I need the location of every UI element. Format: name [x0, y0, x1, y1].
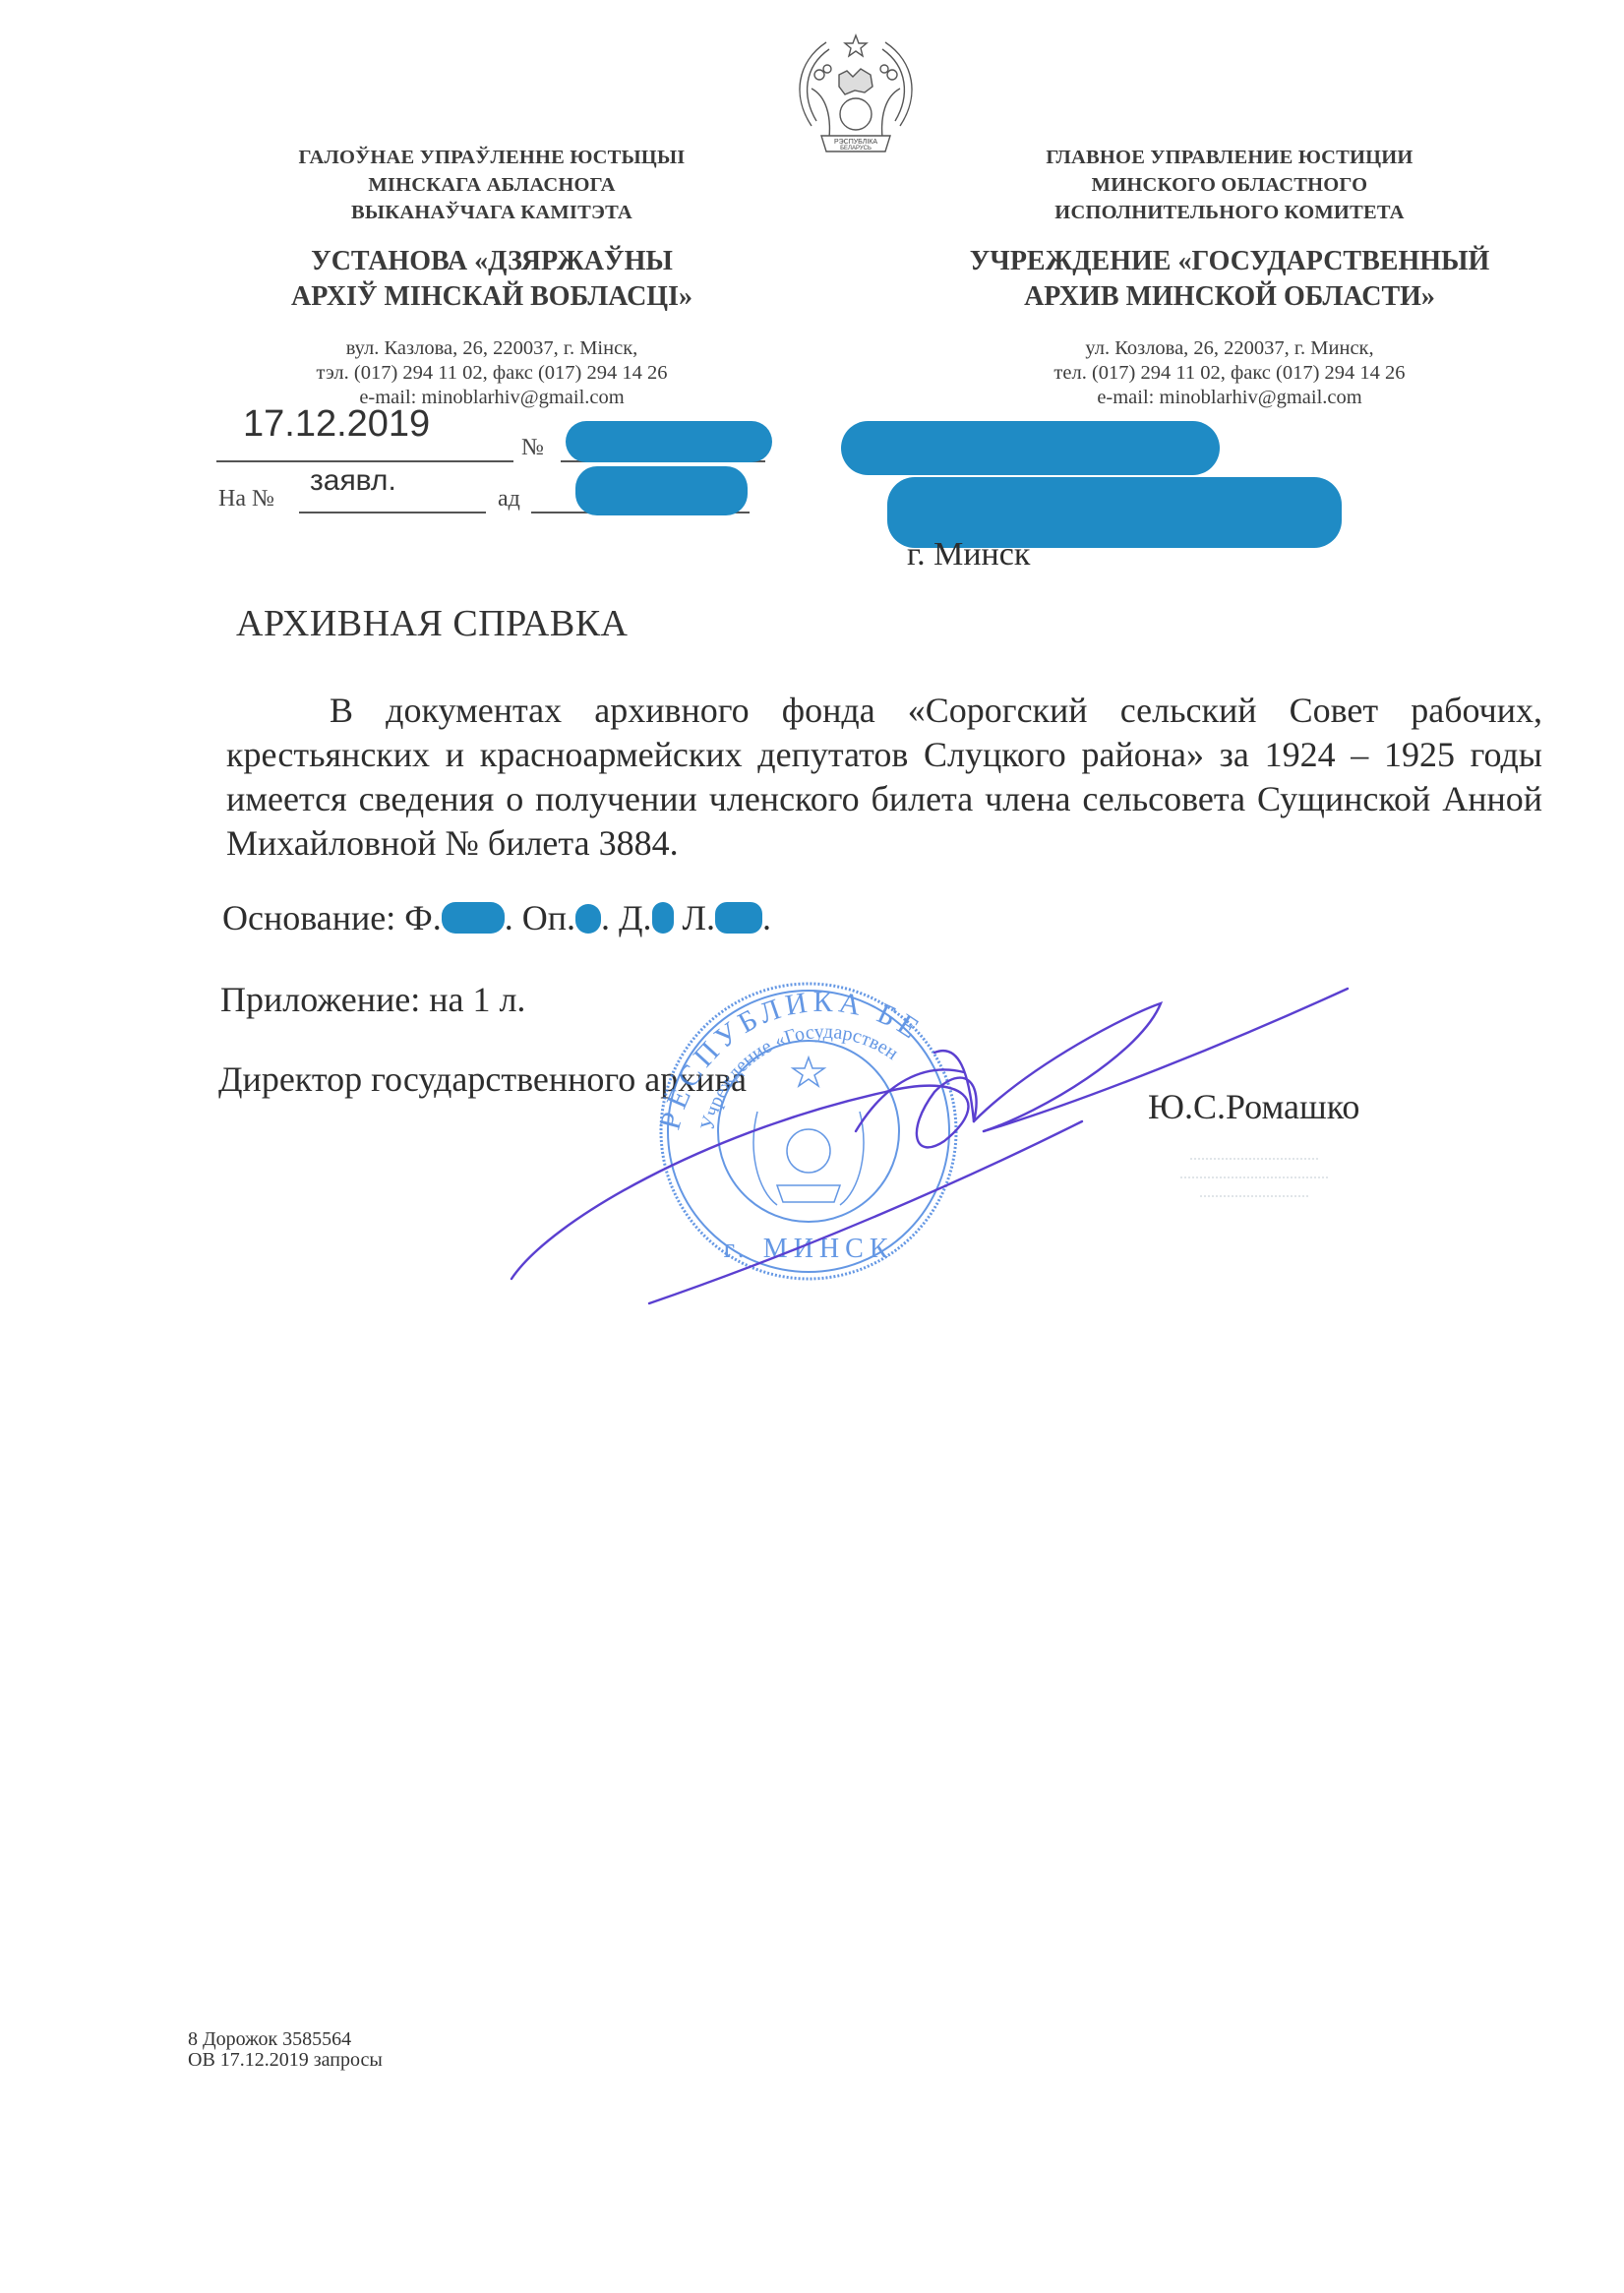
phone-line: тел. (017) 294 11 02, факс (017) 294 14 … [934, 361, 1525, 386]
redacted-opis [575, 904, 601, 934]
email-line: e-mail: minoblarhiv@gmail.com [934, 386, 1525, 410]
list-label: Л. [674, 898, 715, 937]
recipient-city: г. Минск [907, 536, 1030, 573]
executor-footer: 8 Дорожок 3585564 ОВ 17.12.2019 запросы [188, 2029, 383, 2071]
fond-label: Ф. [404, 898, 441, 937]
outgoing-date: 17.12.2019 [243, 403, 430, 446]
register-line: ОВ 17.12.2019 запросы [188, 2050, 383, 2071]
opis-label: . Оп. [505, 898, 575, 937]
institution-name: УЧРЕЖДЕНИЕ «ГОСУДАРСТВЕННЫЙ [934, 244, 1525, 279]
ministry-line: ГАЛОЎНАЕ УПРАЎЛЕННЕ ЮСТЫЦЫІ [246, 144, 738, 171]
ministry-line: МІНСКАГА АБЛАСНОГА [246, 171, 738, 199]
basis-period: . [762, 898, 771, 937]
date-underline [216, 460, 513, 462]
basis-label: Основание: [222, 898, 395, 937]
phone-line: тэл. (017) 294 11 02, факс (017) 294 14 … [246, 361, 738, 386]
svg-text:БЕЛАРУСЬ: БЕЛАРУСЬ [840, 146, 872, 151]
redacted-list [715, 902, 762, 934]
address-line: ул. Козлова, 26, 220037, г. Минск, [934, 336, 1525, 361]
svg-text:РЭСПУБЛІКА: РЭСПУБЛІКА [834, 139, 877, 146]
svg-text:г. МИНСК: г. МИНСК [723, 1234, 893, 1264]
institution-name: УСТАНОВА «ДЗЯРЖАЎНЫ [246, 244, 738, 279]
redacted-fond [442, 902, 505, 934]
document-title: АРХИВНАЯ СПРАВКА [236, 602, 628, 645]
from-label: ад [498, 486, 520, 513]
number-label: № [521, 435, 544, 461]
delo-label: . Д. [601, 898, 652, 937]
letterhead-belarusian: ГАЛОЎНАЕ УПРАЎЛЕННЕ ЮСТЫЦЫІ МІНСКАГА АБЛ… [246, 144, 738, 410]
basis-line: Основание: Ф.. Оп.. Д. Л.. [222, 897, 771, 938]
body-paragraph: В документах архивного фонда «Сорогский … [226, 689, 1542, 866]
redacted-from [575, 466, 748, 515]
belarus-coat-of-arms-icon: РЭСПУБЛІКА БЕЛАРУСЬ [782, 28, 930, 163]
redacted-recipient-line-1 [841, 421, 1220, 475]
letterhead-russian: ГЛАВНОЕ УПРАВЛЕНИЕ ЮСТИЦИИ МИНСКОГО ОБЛА… [934, 144, 1525, 410]
signatory-name: Ю.С.Ромашко [1148, 1086, 1359, 1127]
institution-name: АРХИВ МИНСКОЙ ОБЛАСТИ» [934, 279, 1525, 315]
address-line: вул. Казлова, 26, 220037, г. Мінск, [246, 336, 738, 361]
reference-underline [299, 512, 486, 513]
redacted-delo [652, 902, 674, 934]
executor-line: 8 Дорожок 3585564 [188, 2029, 383, 2050]
ministry-line: ВЫКАНАЎЧАГА КАМІТЭТА [246, 199, 738, 226]
reference-value: заявл. [310, 464, 396, 498]
signatory-title: Директор государственного архива [218, 1058, 747, 1100]
ministry-line: ИСПОЛНИТЕЛЬНОГО КОМИТЕТА [934, 199, 1525, 226]
attachment-line: Приложение: на 1 л. [220, 979, 525, 1020]
reference-label: На № [218, 486, 274, 513]
ministry-line: МИНСКОГО ОБЛАСТНОГО [934, 171, 1525, 199]
faint-reverse-stamp [1171, 1141, 1338, 1249]
redacted-number [566, 421, 772, 462]
institution-name: АРХІЎ МІНСКАЙ ВОБЛАСЦІ» [246, 279, 738, 315]
ministry-line: ГЛАВНОЕ УПРАВЛЕНИЕ ЮСТИЦИИ [934, 144, 1525, 171]
document-body: В документах архивного фонда «Сорогский … [226, 689, 1542, 866]
